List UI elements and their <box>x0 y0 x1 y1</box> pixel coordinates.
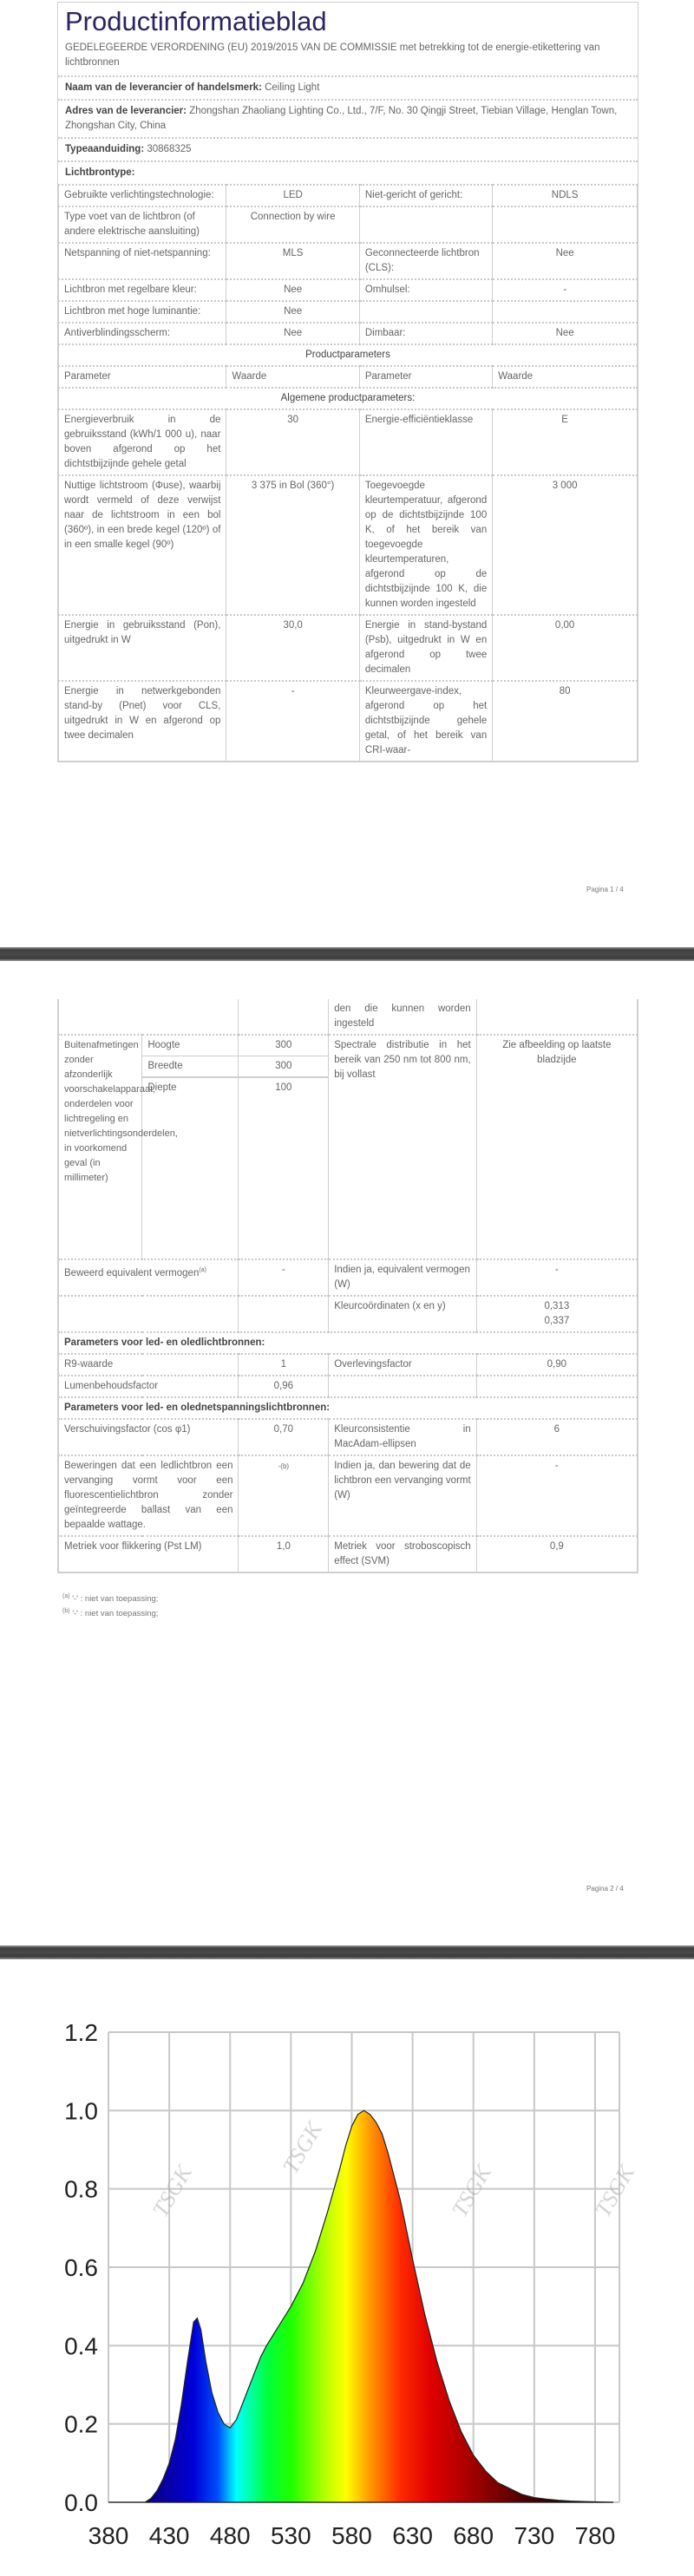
param-value: 1,0 <box>239 1536 329 1572</box>
dimension-value: 300 <box>239 1056 329 1078</box>
param-label: Gebruikte verlichtingstechnologie: <box>59 185 226 206</box>
param-label: Omhulsel: <box>359 279 492 301</box>
param-label: Beweerd equivalent vermogen(a) <box>59 1259 239 1296</box>
param-value: - <box>476 1455 637 1536</box>
param-label: Verschuivingsfactor (cos φ1) <box>59 1419 239 1455</box>
regulation-text: GEDELEGEERDE VERORDENING (EU) 2019/2015 … <box>58 39 638 75</box>
model-label: Typeaanduiding: <box>65 144 144 154</box>
param-label: Toegevoegde kleurtemperatuur, afgerond o… <box>359 475 492 615</box>
param-label: Metriek voor flikkering (Pst LM) <box>59 1536 239 1572</box>
product-info-box: Productinformatieblad GEDELEGEERDE VEROR… <box>57 2 638 762</box>
table-row: Energie in netwerkgebonden stand-by (Pne… <box>59 681 638 762</box>
param-label: Energie in netwerkgebonden stand-by (Pne… <box>59 681 226 762</box>
param-value: - <box>476 1259 637 1296</box>
page-separator <box>0 947 694 961</box>
table-row: Type voet van de lichtbron (of andere el… <box>59 206 638 243</box>
y-tick-label: 0.2 <box>64 2411 98 2438</box>
param-label: Kleurcoördinaten (x en y) <box>329 1296 476 1332</box>
param-value: 0,90 <box>476 1354 637 1376</box>
table-row: Verschuivingsfactor (cos φ1) 0,70 Kleurc… <box>59 1419 638 1455</box>
supplier-address-label: Adres van de leverancier: <box>65 106 187 116</box>
param-label <box>359 301 492 323</box>
x-tick-label: 480 <box>210 2522 251 2549</box>
page-2: den die kunnen worden ingesteld Buitenaf… <box>0 961 694 1945</box>
table-row: Energie in gebruiksstand (Pon), uitgedru… <box>59 615 638 681</box>
y-tick-label: 1.2 <box>64 2019 98 2046</box>
model-row: Typeaanduiding: 30868325 <box>58 137 638 160</box>
page-footer: Pagina 1 / 4 <box>586 886 624 893</box>
table-row: Lichtbron met hoge luminantie:Nee <box>59 301 638 323</box>
product-params-heading: Productparameters <box>59 344 638 366</box>
watermark-text: TSGK <box>447 2160 497 2221</box>
x-tick-label: 680 <box>453 2522 494 2549</box>
x-tick-label: 380 <box>88 2522 129 2549</box>
table-row: Beweringen dat een ledlichtbron een verv… <box>59 1455 638 1536</box>
watermark-text: TSGK <box>278 2116 328 2178</box>
param-label: Energie in gebruiksstand (Pon), uitgedru… <box>59 615 226 681</box>
param-label: Type voet van de lichtbron (of andere el… <box>59 206 226 243</box>
column-header-row: Parameter Waarde Parameter Waarde <box>59 366 638 388</box>
dimension-value: 100 <box>239 1077 329 1259</box>
lightsource-type-row: Lichtbrontype: <box>58 160 638 184</box>
x-tick-label: 580 <box>331 2522 372 2549</box>
y-tick-label: 0.8 <box>64 2176 98 2203</box>
table-row: Beweerd equivalent vermogen(a) - Indien … <box>59 1259 638 1296</box>
param-value: NDLS <box>493 185 638 206</box>
product-info-box-continued: den die kunnen worden ingesteld Buitenaf… <box>57 999 638 1573</box>
param-value: Nee <box>493 323 638 344</box>
supplier-address-row: Adres van de leverancier: Zhongshan Zhao… <box>58 99 638 137</box>
dimension-value: 300 <box>239 1035 329 1056</box>
param-label <box>359 206 492 243</box>
param-label: Lumenbehoudsfactor <box>59 1376 239 1397</box>
param-value: 30 <box>226 409 359 475</box>
spectral-value: Zie afbeelding op laatste bladzijde <box>476 1035 637 1259</box>
supplier-name-row: Naam van de leverancier of handelsmerk: … <box>58 75 638 99</box>
x-tick-label: 730 <box>514 2522 554 2549</box>
table-row: R9-waarde 1 Overlevingsfactor 0,90 <box>59 1354 638 1376</box>
param-value: 0,96 <box>239 1376 329 1397</box>
footnote-b: (b) '-' : niet van toepassing; <box>62 1605 158 1620</box>
page-1: Productinformatieblad GEDELEGEERDE VEROR… <box>0 0 694 947</box>
param-label: Antiverblindingsscherm: <box>59 323 226 344</box>
x-tick-label: 780 <box>575 2522 616 2549</box>
param-value: Nee <box>226 279 359 301</box>
param-label: Indien ja, dan bewering dat de lichtbron… <box>329 1455 476 1536</box>
y-tick-label: 0.4 <box>64 2332 98 2359</box>
continued-text: den die kunnen worden ingesteld <box>329 999 476 1035</box>
led-params-heading: Parameters voor led- en oledlichtbronnen… <box>59 1332 638 1354</box>
param-label: Lichtbron met hoge luminantie: <box>59 301 226 323</box>
x-tick-label: 630 <box>392 2522 433 2549</box>
table-row: Lumenbehoudsfactor 0,96 <box>59 1376 638 1397</box>
param-label: Beweringen dat een ledlichtbron een verv… <box>59 1455 239 1536</box>
param-label: Kleurconsistentie in MacAdam-ellipsen <box>329 1419 476 1455</box>
y-tick-label: 0.0 <box>64 2489 98 2516</box>
param-label: Dimbaar: <box>359 323 492 344</box>
page-separator <box>0 1945 694 1959</box>
mains-params-heading: Parameters voor led- en olednetspannings… <box>59 1397 638 1419</box>
param-value: - <box>239 1259 329 1296</box>
table-row: Energieverbruik in de gebruiksstand (kWh… <box>59 409 638 475</box>
dimensions-row: Buitenafmetingen zonder afzonderlijk voo… <box>59 1035 638 1056</box>
col-header: Waarde <box>493 366 638 388</box>
table-row: Antiverblindingsscherm:NeeDimbaar:Nee <box>59 323 638 344</box>
param-value: LED <box>226 185 359 206</box>
x-tick-label: 530 <box>271 2522 311 2549</box>
model-value: 30868325 <box>147 144 191 154</box>
footnotes: (a) '-' : niet van toepassing; (b) '-' :… <box>62 1591 158 1620</box>
param-value: 30,0 <box>226 615 359 681</box>
param-label: Energie in stand-bystand (Psb), uitgedru… <box>359 615 492 681</box>
param-value: E <box>493 409 638 475</box>
param-label: Geconnecteerde lichtbron (CLS): <box>359 243 492 279</box>
supplier-name-value: Ceiling Light <box>265 82 319 93</box>
param-value: - <box>493 279 638 301</box>
param-value: Nee <box>226 323 359 344</box>
param-value: -(b) <box>239 1455 329 1536</box>
param-value: 0,00 <box>493 615 638 681</box>
table-row: Nuttige lichtstroom (Φuse), waarbij word… <box>59 475 638 615</box>
param-label: Lichtbron met regelbare kleur: <box>59 279 226 301</box>
param-label: Energie-efficiëntieklasse <box>359 409 492 475</box>
param-label: Metriek voor stroboscopisch effect (SVM) <box>329 1536 476 1572</box>
lightsource-type-label: Lichtbrontype: <box>65 167 135 178</box>
param-value: - <box>226 681 359 762</box>
table-row: Metriek voor flikkering (Pst LM) 1,0 Met… <box>59 1536 638 1572</box>
y-tick-label: 0.6 <box>64 2254 98 2281</box>
param-value: Nee <box>226 301 359 323</box>
param-value: 80 <box>493 681 638 762</box>
params-table-continued: den die kunnen worden ingesteld Buitenaf… <box>58 999 638 1572</box>
page-title: Productinformatieblad <box>58 3 638 39</box>
general-params-heading: Algemene productparameters: <box>59 388 638 409</box>
table-row: Gebruikte verlichtingstechnologie:LEDNie… <box>59 185 638 206</box>
param-value: Nee <box>493 243 638 279</box>
table-row: Lichtbron met regelbare kleur:NeeOmhulse… <box>59 279 638 301</box>
param-value: Connection by wire <box>226 206 359 243</box>
table-row: Kleurcoördinaten (x en y) 0,3130,337 <box>59 1296 638 1332</box>
page-footer: Pagina 2 / 4 <box>586 1885 624 1893</box>
y-tick-label: 1.0 <box>64 2097 98 2124</box>
col-header: Parameter <box>359 366 492 388</box>
dimension-name: Hoogte <box>142 1035 239 1056</box>
param-label: Niet-gericht of gericht: <box>359 185 492 206</box>
x-tick-label: 430 <box>149 2522 190 2549</box>
param-value: 1 <box>239 1354 329 1376</box>
param-label: Energieverbruik in de gebruiksstand (kWh… <box>59 409 226 475</box>
param-value <box>493 206 638 243</box>
dimension-name: Breedte <box>142 1056 239 1078</box>
param-value: MLS <box>226 243 359 279</box>
table-row: Netspanning of niet-netspanning:MLSGecon… <box>59 243 638 279</box>
param-value <box>493 301 638 323</box>
spectral-label: Spectrale distributie in het bereik van … <box>329 1035 476 1259</box>
col-header: Parameter <box>59 366 226 388</box>
watermark-text: TSGK <box>590 2160 640 2221</box>
watermark-text: TSGK <box>147 2160 198 2221</box>
dimension-name: Diepte <box>142 1077 239 1259</box>
footnote-a: (a) '-' : niet van toepassing; <box>62 1591 158 1605</box>
param-value: 3 000 <box>493 475 638 615</box>
type-table: Gebruikte verlichtingstechnologie:LEDNie… <box>58 184 638 762</box>
param-value: 6 <box>476 1419 637 1455</box>
param-label: Overlevingsfactor <box>329 1354 476 1376</box>
param-label: Nuttige lichtstroom (Φuse), waarbij word… <box>59 475 226 615</box>
param-value: 0,3130,337 <box>476 1296 637 1332</box>
param-value: 0,70 <box>239 1419 329 1455</box>
param-value: 3 375 in Bol (360°) <box>226 475 359 615</box>
param-label: R9-waarde <box>59 1354 239 1376</box>
spectral-distribution-chart: TSGKTSGKTSGKTSGK0.00.20.40.60.81.01.2380… <box>0 1958 694 2576</box>
param-label: Netspanning of niet-netspanning: <box>59 243 226 279</box>
param-label: Kleurweergave-index, afgerond op het dic… <box>359 681 492 762</box>
dimensions-label: Buitenafmetingen zonder afzonderlijk voo… <box>59 1035 142 1259</box>
param-value: 0,9 <box>476 1536 637 1572</box>
col-header: Waarde <box>226 366 359 388</box>
param-label: Indien ja, equivalent vermogen (W) <box>329 1259 476 1296</box>
supplier-name-label: Naam van de leverancier of handelsmerk: <box>65 82 262 93</box>
